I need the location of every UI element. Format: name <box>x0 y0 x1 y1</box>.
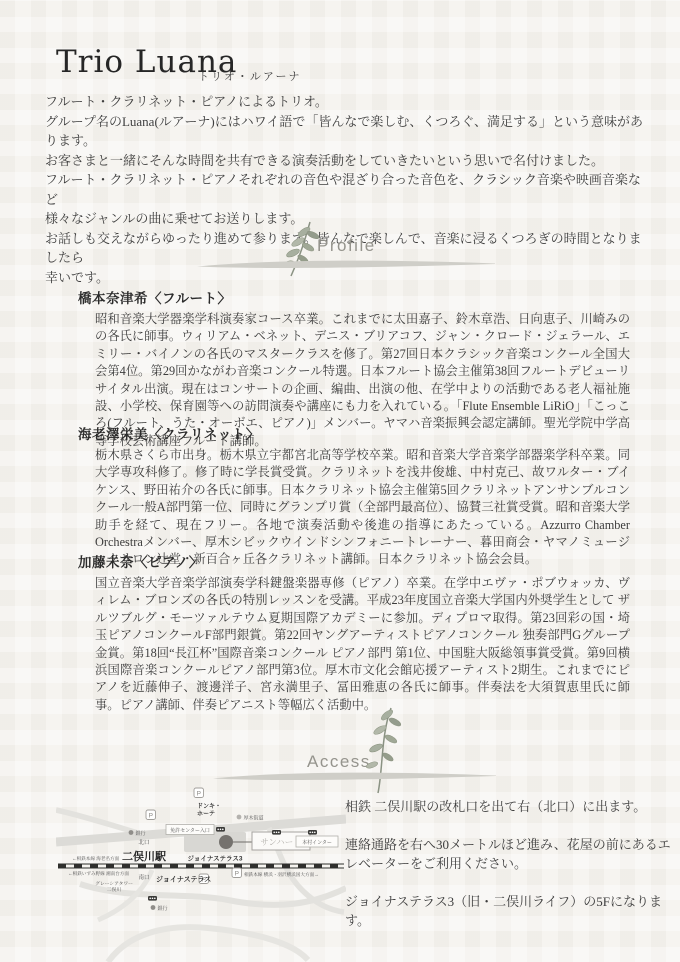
member-name-heading: 加藤未奈〈ピアノ〉 <box>78 551 630 571</box>
brush-stroke-divider <box>212 768 497 784</box>
member-name: 橋本奈津希 <box>78 291 148 306</box>
profile-section-heading: Profile <box>317 236 376 256</box>
access-directions: 相鉄 二俣川駅の改札口を出て右（北口）に出ます。 連絡通路を右へ30メートルほど… <box>345 797 673 949</box>
joinus-terrace3-label: ジョイナステラス3 <box>188 854 243 863</box>
direction-step: 連絡通路を右へ30メートルほど進み、花屋の前にあるエレベーターをご利用ください。 <box>345 835 673 874</box>
honmura-inter-label: 本村インター <box>302 839 332 846</box>
intro-line: 様々なジャンルの曲に乗せてお送りします。 <box>45 209 647 229</box>
parking-icon: P <box>232 868 242 878</box>
rail-direction-ebina: ←相鉄本線 海老名方面 <box>72 855 120 862</box>
member-name-heading: 海老澤栄美〈クラリネット〉 <box>78 423 630 443</box>
road-name-label: 厚木街道 <box>244 815 264 822</box>
member-name-heading: 橋本奈津希〈フルート〉 <box>78 287 630 307</box>
brush-stroke-divider <box>196 256 496 272</box>
member-profile-clarinet: 海老澤栄美〈クラリネット〉 栃木県さくら市出身。栃木県立宇都宮北高等学校卒業。昭… <box>78 423 630 569</box>
parking-icon: P <box>194 788 204 798</box>
rail-direction-izumino: ←相鉄いずみ野線 湘南台方面 <box>68 870 129 877</box>
license-center-label: 免許センター入口 <box>170 827 210 834</box>
intro-line: フルート・クラリネット・ピアノによるトリオ。 <box>45 92 647 112</box>
intro-line: フルート・クラリネット・ピアノそれぞれの音色や混ざり合った音色を、クラシック音楽… <box>45 170 647 209</box>
svg-text:二俣川: 二俣川 <box>107 886 122 893</box>
bank-label-bottom: 銀行 <box>151 905 168 912</box>
traffic-signal-icon <box>216 827 225 832</box>
traffic-signal-icon <box>308 830 317 835</box>
south-exit-label: 南口 <box>138 873 149 881</box>
member-name: 加藤未奈 <box>78 555 134 570</box>
traffic-signal-icon <box>148 896 157 901</box>
flyer-page: Trio Luana トリオ・ルアーナ フルート・クラリネット・ピアノによるトリ… <box>0 0 680 962</box>
donki-label: ドンキ・ ホーテ <box>197 802 221 818</box>
member-bio: 国立音楽大学音楽学部演奏学科鍵盤楽器専修（ピアノ）卒業。在学中エヴァ・ポブウォッ… <box>95 575 630 714</box>
svg-text:銀行: 銀行 <box>136 830 146 837</box>
venue-marker-dot <box>219 835 233 849</box>
svg-text:ドンキ・: ドンキ・ <box>197 802 221 810</box>
direction-step: 相鉄 二俣川駅の改札口を出て右（北口）に出ます。 <box>345 797 673 817</box>
access-map: サンハート ジョイナステラス3 北口 二俣川駅 南口 免許センター入口 厚木街道… <box>56 786 346 962</box>
svg-text:P: P <box>197 790 201 797</box>
intro-line: グループ名のLuana(ルアーナ)にはハワイ語で「皆んなで楽しむ、くつろぐ、満足… <box>45 112 647 151</box>
svg-text:P: P <box>149 812 153 819</box>
direction-step: ジョイナステラス3（旧・二俣川ライフ）の5Fになります。 <box>345 892 673 931</box>
svg-text:銀行: 銀行 <box>158 905 168 912</box>
rail-direction-yokohama: 相鉄本線 横浜・羽沢横浜国大方面→ <box>244 871 319 878</box>
member-profile-piano: 加藤未奈〈ピアノ〉 国立音楽大学音楽学部演奏学科鍵盤楽器専修（ピアノ）卒業。在学… <box>78 551 630 714</box>
svg-text:P: P <box>235 870 239 877</box>
station-label: 二俣川駅 <box>122 849 166 863</box>
member-instrument: 〈クラリネット〉 <box>148 427 260 442</box>
parking-icon: P <box>146 810 156 820</box>
intro-line: お客さまと一緒にそんな時間を共有できる演奏活動をしていきたいという思いで名付けま… <box>45 151 647 171</box>
joinus-terrace-label: ジョイナステラス <box>156 875 211 884</box>
page-title-kana: トリオ・ルアーナ <box>198 68 302 84</box>
road-name-dot <box>237 815 242 820</box>
sunheart-label: サンハート <box>260 837 301 847</box>
traffic-signal-icon <box>272 830 281 835</box>
svg-text:ホーテ: ホーテ <box>197 811 215 818</box>
svg-text:グレーシアタワー: グレーシアタワー <box>95 880 133 887</box>
member-instrument: 〈フルート〉 <box>148 291 231 306</box>
member-instrument: 〈ピアノ〉 <box>134 555 203 570</box>
member-name: 海老澤栄美 <box>78 427 148 442</box>
north-exit-label: 北口 <box>138 838 149 846</box>
